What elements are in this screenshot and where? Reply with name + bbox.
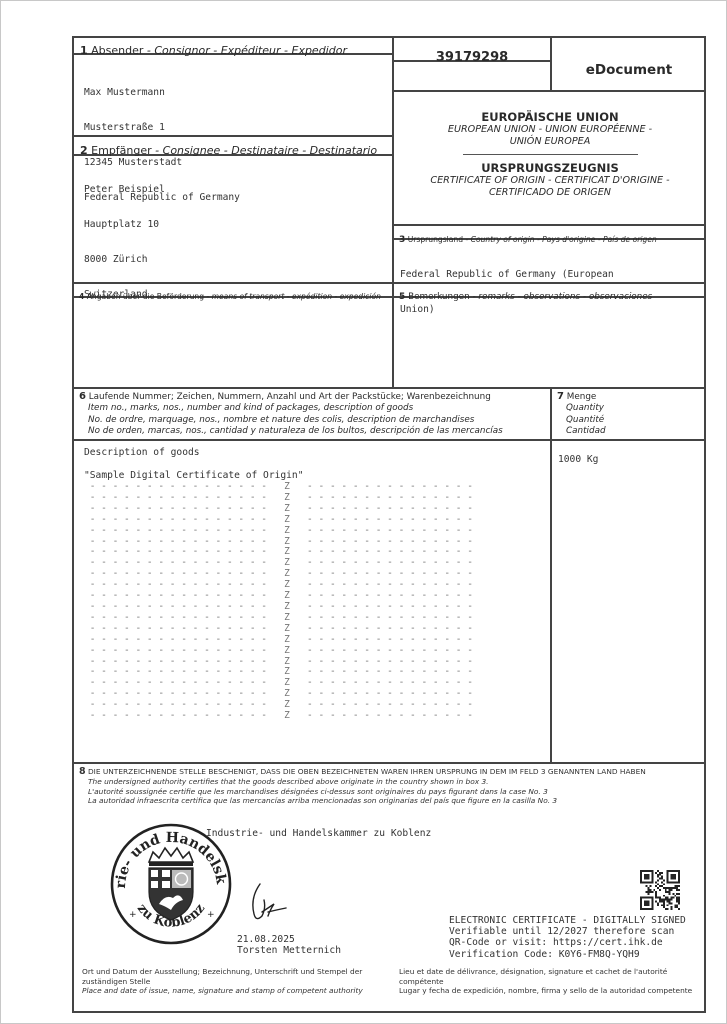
box6-label-fr: No. de ordre, marquage, nos., nombre et …: [79, 415, 545, 426]
consignee-line: Hauptplatz 10: [84, 219, 392, 231]
electronic-signature-block: ELECTRONIC CERTIFICATE - DIGITALLY SIGNE…: [449, 915, 686, 960]
footer-right: Lieu et date de délivrance, désignation,…: [399, 967, 699, 996]
statement-fr: L'autorité soussignée certifie que les m…: [79, 787, 701, 797]
stamp-seal-icon: Industrie- und Handelskammer zu Koblenz …: [109, 822, 233, 946]
verification-qr-code[interactable]: [640, 870, 680, 910]
signature-icon: [246, 878, 296, 928]
box8-number: 8: [79, 766, 86, 777]
goods-description: Description of goods "Sample Digital Cer…: [74, 441, 550, 762]
signature: [246, 878, 296, 928]
esign-line: QR-Code or visit: https://cert.ihk.de: [449, 937, 686, 948]
country-of-origin-value: Federal Republic of Germany (European Un…: [394, 240, 706, 282]
title-eu-sub2: UNIÓN EUROPEA: [394, 136, 706, 148]
country-line: Federal Republic of Germany (European: [400, 269, 706, 281]
box6-header: 6 Laufende Nummer; Zeichen, Nummern, Anz…: [74, 389, 550, 439]
filler-line: - - - - - - - - - - - - - - - - Z - - - …: [84, 526, 550, 537]
title-separator: [463, 154, 638, 155]
filler-line: - - - - - - - - - - - - - - - - Z - - - …: [84, 646, 550, 657]
box7-number: 7: [557, 391, 564, 402]
consignee-line: 8000 Zürich: [84, 254, 392, 266]
box4-header: 4 Angaben über die Beförderung - means o…: [74, 284, 392, 298]
footer-text: Place and date of issue, name, signature…: [82, 986, 382, 996]
statement-es: La autoridad infraescrita certifica que …: [79, 796, 701, 806]
title-certificate-sub2: CERTIFICADO DE ORIGEN: [394, 187, 706, 199]
esign-line: ELECTRONIC CERTIFICATE - DIGITALLY SIGNE…: [449, 915, 686, 926]
box7-header: 7 Menge Quantity Quantité Cantidad: [552, 389, 706, 439]
esign-line: Verifiable until 12/2027 therefore scan: [449, 926, 686, 937]
consignee-address: Peter Beispiel Hauptplatz 10 8000 Zürich…: [74, 156, 392, 282]
box7-label-en: Quantity: [557, 403, 701, 414]
filler-line: - - - - - - - - - - - - - - - - Z - - - …: [84, 635, 550, 646]
footer-text: zuständigen Stelle: [82, 977, 382, 987]
title-certificate-sub1: CERTIFICATE OF ORIGIN - CERTIFICAT D'ORI…: [394, 175, 706, 187]
consignor-address: Max Mustermann Musterstraße 1 12345 Must…: [74, 55, 392, 137]
box7-label-fr: Quantité: [557, 415, 701, 426]
consignee-line: Peter Beispiel: [84, 184, 392, 196]
remarks-value: [394, 298, 706, 387]
certificate-number-box: 39179298: [394, 38, 550, 62]
footer-text: compétente: [399, 977, 699, 987]
title-eu: EUROPÄISCHE UNION: [394, 110, 706, 124]
esign-line: Verification Code: K0Y6-FM8Q-YQH9: [449, 949, 686, 960]
qr-code-icon: [640, 870, 680, 910]
consignor-line: Max Mustermann: [84, 87, 392, 99]
quantity-value-box: 1000 Kg: [552, 441, 706, 762]
box8-statement: 8 DIE UNTERZEICHNENDE STELLE BESCHENIGT,…: [74, 764, 706, 812]
statement-en: The undersigned authority certifies that…: [79, 777, 701, 787]
statement-de: DIE UNTERZEICHNENDE STELLE BESCHENIGT, D…: [88, 767, 646, 776]
means-of-transport-value: [74, 298, 392, 387]
svg-text:+: +: [207, 910, 215, 920]
footer-text: Ort und Datum der Ausstellung; Bezeichnu…: [82, 967, 382, 977]
certificate-number-blank: [394, 62, 550, 90]
description-heading: Description of goods: [84, 447, 550, 459]
certificate-form: 1 Absender - Consignor - Expéditeur - Ex…: [72, 36, 706, 1013]
consignor-line: Musterstraße 1: [84, 122, 392, 134]
box1-header: 1 Absender - Consignor - Expéditeur - Ex…: [74, 38, 392, 55]
signatory-name: Torsten Metternich: [237, 945, 341, 956]
box7-label-de: Menge: [567, 392, 597, 402]
footer-text: Lugar y fecha de expedición, nombre, fir…: [399, 986, 699, 996]
doc-type-box: eDocument: [552, 38, 706, 90]
footer-left: Ort und Datum der Ausstellung; Bezeichnu…: [82, 967, 382, 996]
box2-header: 2 Empfänger - Consignee - Destinataire -…: [74, 135, 392, 156]
box6-label-es: No de orden, marcas, nos., cantidad y na…: [79, 426, 545, 437]
issue-date: 21.08.2025: [237, 934, 295, 945]
official-stamp: Industrie- und Handelskammer zu Koblenz …: [109, 822, 233, 946]
title-block: EUROPÄISCHE UNION EUROPEAN UNION - UNION…: [394, 92, 706, 226]
box7-label-es: Cantidad: [557, 426, 701, 437]
box6-label-de: Laufende Nummer; Zeichen, Nummern, Anzah…: [89, 392, 491, 402]
footer-text: Lieu et date de délivrance, désignation,…: [399, 967, 699, 977]
box6-number: 6: [79, 391, 86, 402]
title-eu-sub1: EUROPEAN UNION - UNION EUROPÉENNE -: [394, 124, 706, 136]
svg-text:+: +: [129, 910, 137, 920]
title-certificate: URSPRUNGSZEUGNIS: [394, 161, 706, 175]
quantity-value: 1000 Kg: [558, 454, 598, 465]
issuing-authority: Industrie- und Handelskammer zu Koblenz: [206, 828, 431, 839]
box3-header: 3 Ursprungsland - Country of origin - Pa…: [394, 224, 706, 240]
filler-lines: - - - - - - - - - - - - - - - - Z - - - …: [84, 482, 550, 722]
box5-header: 5 Bemerkungen - remarks - observations -…: [394, 284, 706, 298]
doc-type-label: eDocument: [586, 62, 673, 78]
box6-label-en: Item no., marks, nos., number and kind o…: [79, 403, 545, 414]
filler-line: - - - - - - - - - - - - - - - - Z - - - …: [84, 711, 550, 722]
filler-line: - - - - - - - - - - - - - - - - Z - - - …: [84, 515, 550, 526]
